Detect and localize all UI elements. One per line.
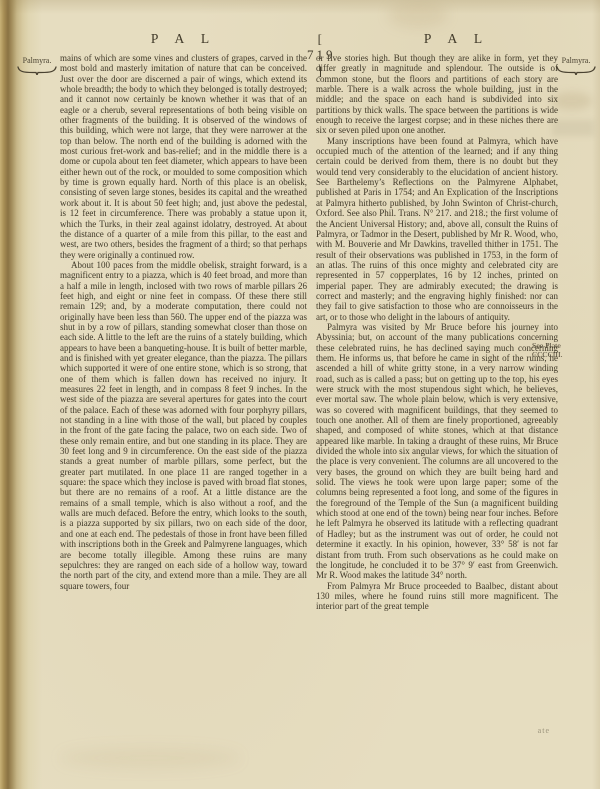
margin-note-right-label: Palmyra. <box>562 56 591 65</box>
margin-note-left-label: Palmyra. <box>23 56 52 65</box>
paragraph: mains of which are some vines and cluste… <box>60 53 307 260</box>
book-page: P A L [ 719 ] P A L Palmyra. Palmyra. Se… <box>0 0 600 789</box>
underbrace-icon <box>17 66 57 75</box>
paper-stain <box>552 92 592 110</box>
page-top-shading <box>0 0 600 14</box>
running-head-right-title: P A L <box>336 31 578 47</box>
text-columns: mains of which are some vines and cluste… <box>60 53 558 612</box>
paragraph: From Palmyra Mr Bruce proceeded to Baalb… <box>316 581 558 612</box>
paragraph: or five stories high. But though they ar… <box>316 53 558 136</box>
underbrace-icon <box>556 66 596 75</box>
paragraph: About 100 paces from the middle obelisk,… <box>60 260 307 591</box>
catchword: ate <box>430 726 550 735</box>
paragraph: Palmyra was visited by Mr Bruce before h… <box>316 322 558 581</box>
ink-bleed-through <box>552 120 594 136</box>
paper-stain <box>60 748 240 768</box>
margin-note-right: Palmyra. <box>554 56 598 75</box>
running-head: P A L [ 719 ] P A L <box>60 31 558 47</box>
page-right-shading <box>592 0 600 789</box>
right-column: or five stories high. But though they ar… <box>316 53 558 612</box>
left-column: mains of which are some vines and cluste… <box>60 53 307 612</box>
paragraph: Many inscriptions have been found at Pal… <box>316 136 558 322</box>
margin-note-left: Palmyra. <box>14 56 60 75</box>
binding-gutter <box>0 0 42 789</box>
running-head-left-title: P A L <box>60 31 307 47</box>
